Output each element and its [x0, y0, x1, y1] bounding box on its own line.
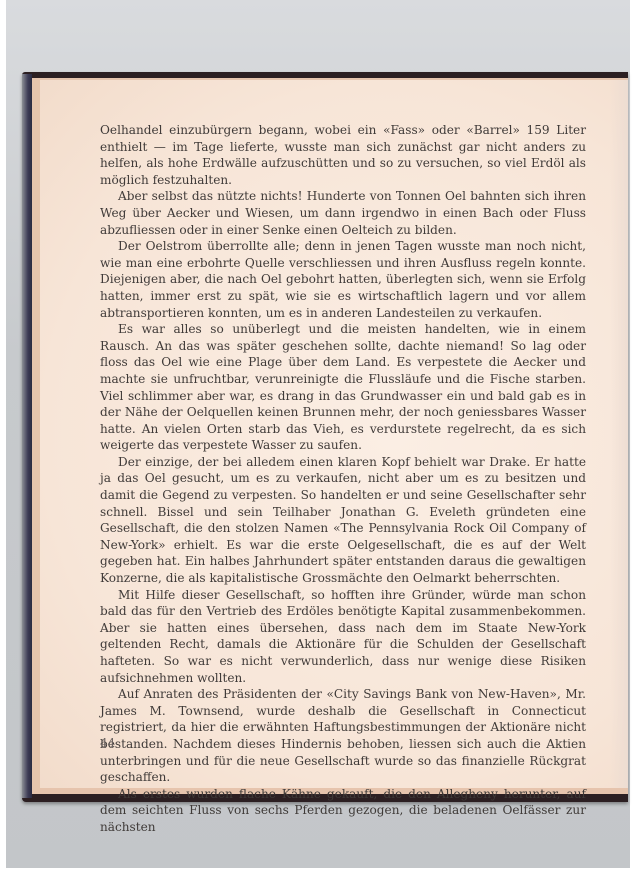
- paragraph-7: Auf Anraten des Präsidenten der «City Sa…: [100, 686, 586, 786]
- book-page: Oelhandel einzubürgern begann, wobei ein…: [40, 80, 628, 788]
- paragraph-3: Der Oelstrom überrollte alle; denn in je…: [100, 238, 586, 321]
- paragraph-2: Aber selbst das nützte nichts! Hunderte …: [100, 188, 586, 238]
- scanner-margin-right: [630, 0, 638, 878]
- page-number: 44: [100, 736, 115, 750]
- paragraph-8: Als erstes wurden flache Kähne gekauft, …: [100, 786, 586, 836]
- paragraph-6: Mit Hilfe dieser Gesellschaft, so hoffte…: [100, 587, 586, 687]
- paragraph-5: Der einzige, der bei alledem einen klare…: [100, 454, 586, 587]
- book-spine: [22, 74, 32, 798]
- scanner-margin-left: [0, 0, 6, 878]
- body-text: Oelhandel einzubürgern begann, wobei ein…: [100, 122, 586, 836]
- paragraph-4: Es war alles so unüberlegt und die meist…: [100, 321, 586, 454]
- paragraph-1: Oelhandel einzubürgern begann, wobei ein…: [100, 122, 586, 188]
- scanner-margin-bottom: [0, 868, 638, 878]
- page-gutter-shade: [610, 80, 628, 788]
